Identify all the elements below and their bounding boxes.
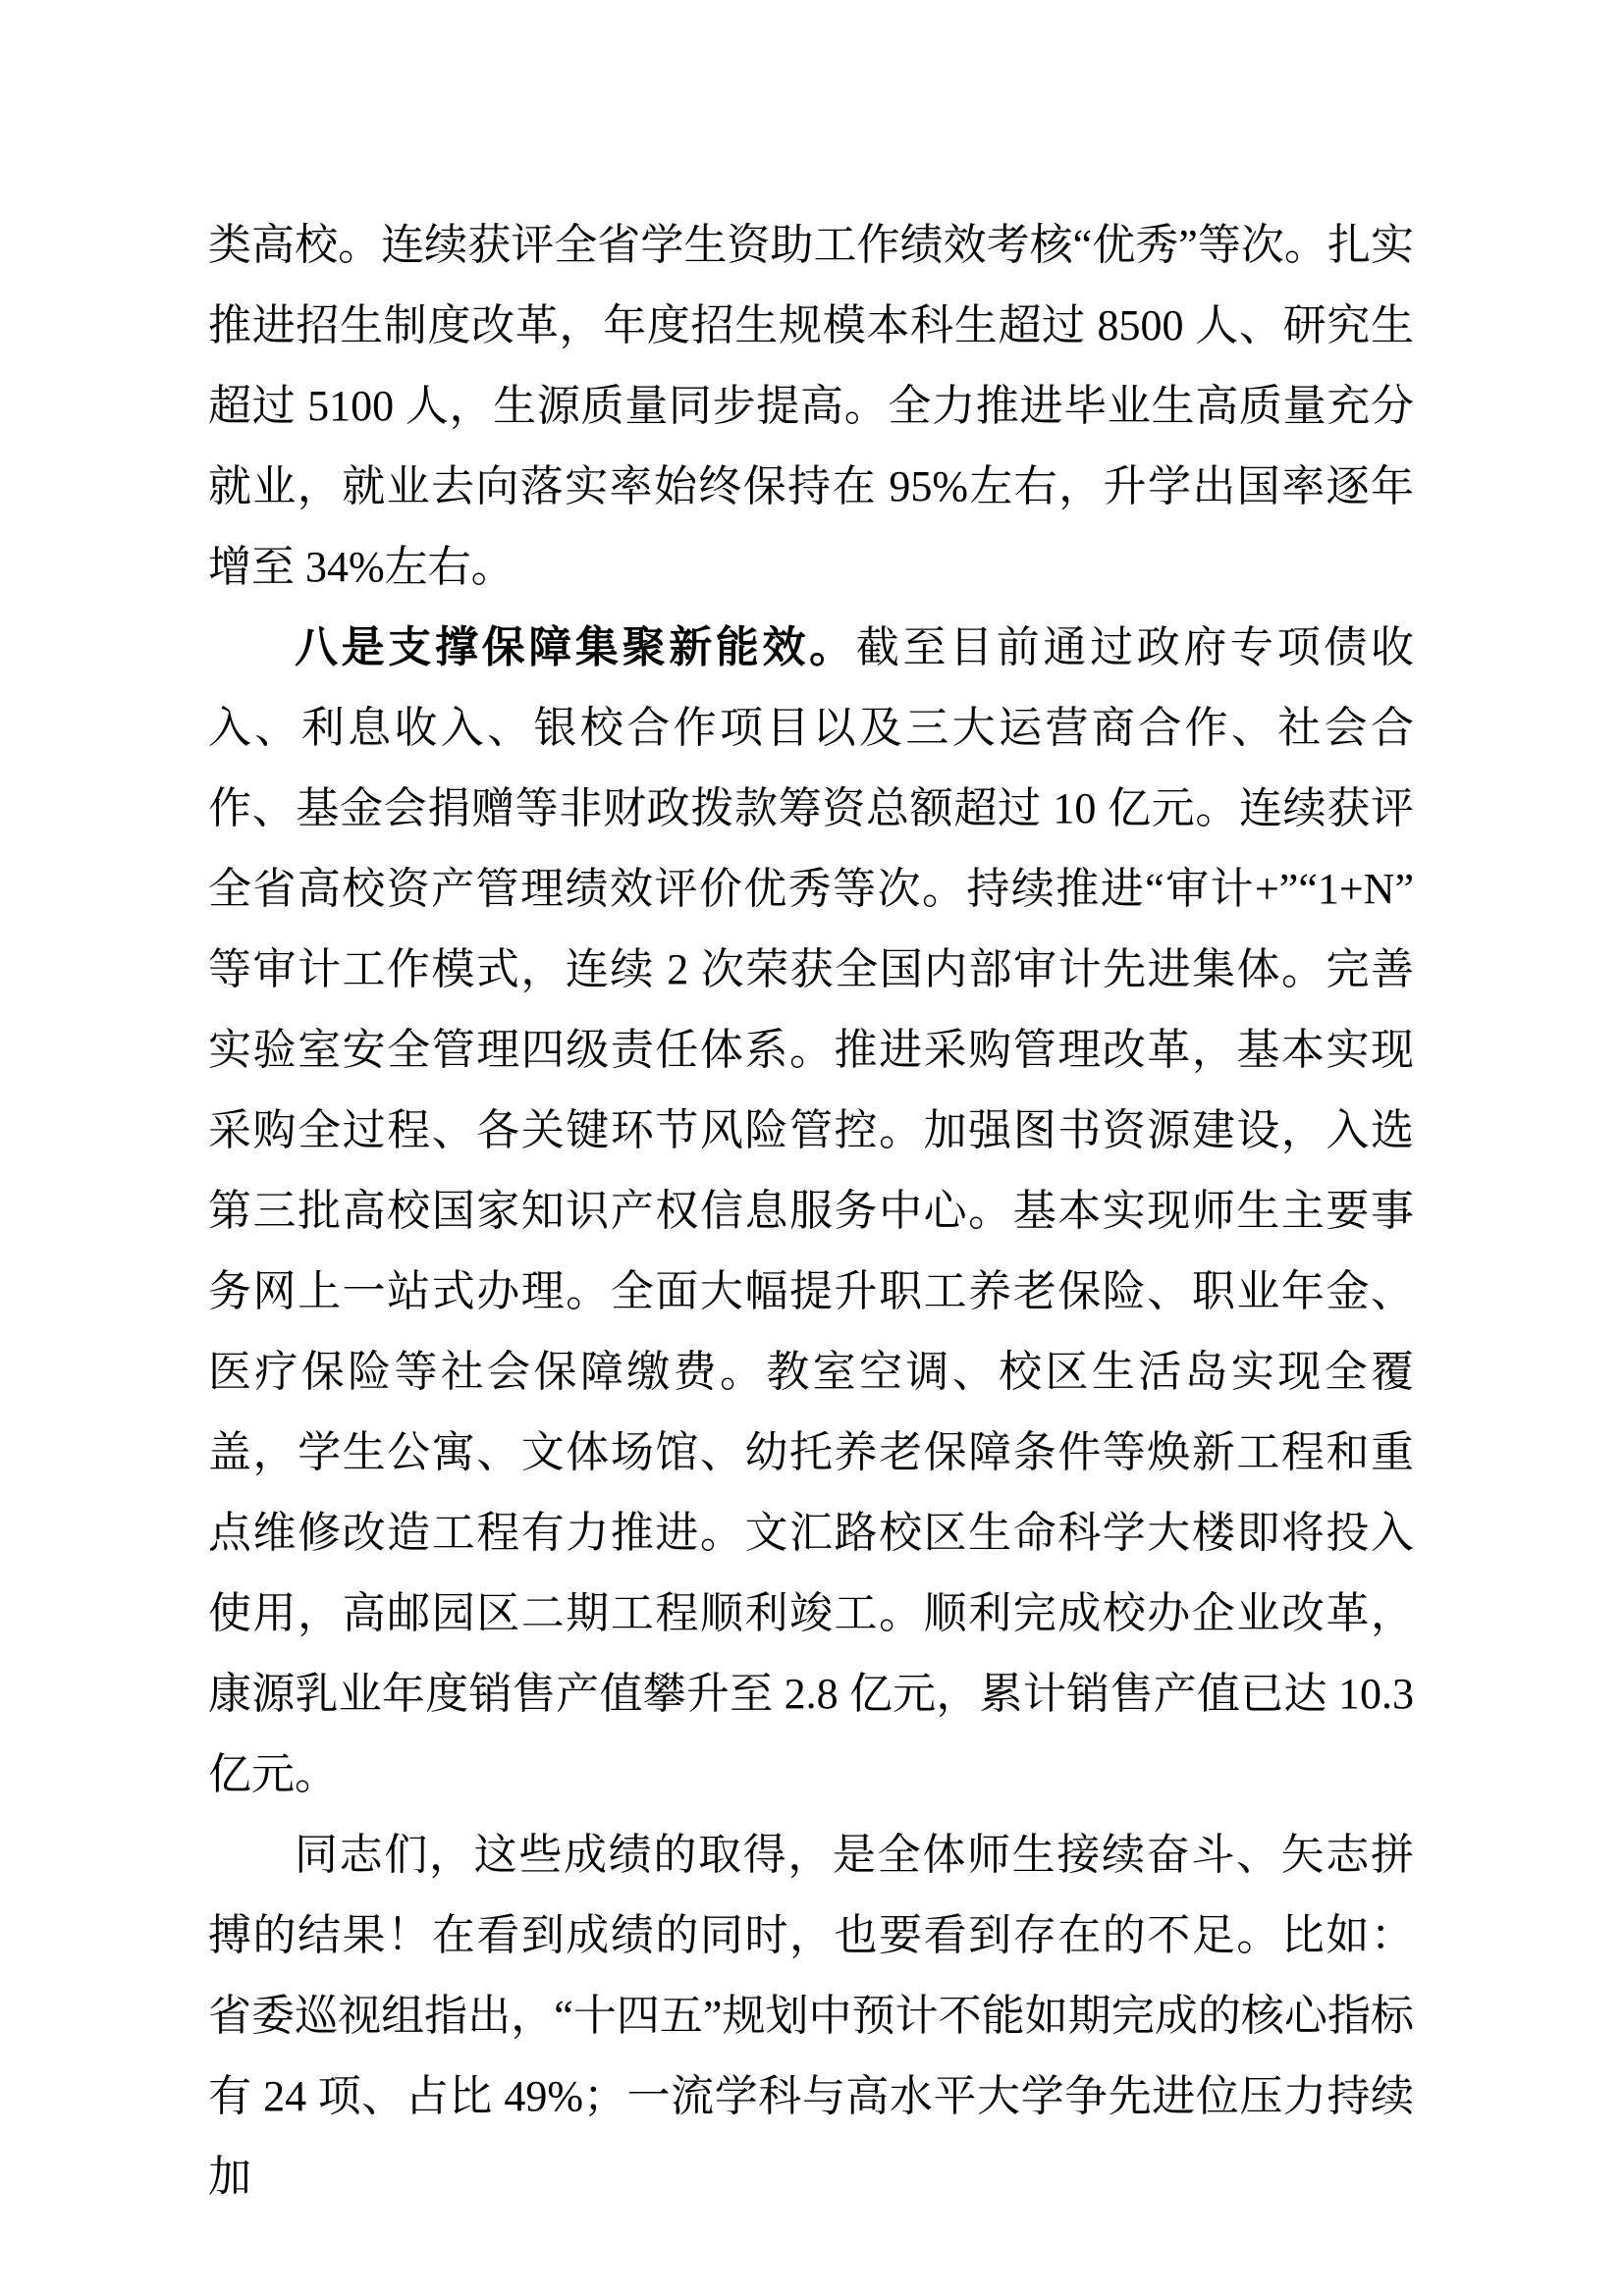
paragraph: 八是支撑保障集聚新能效。截至目前通过政府专项债收入、利息收入、银校合作项目以及三…	[208, 608, 1414, 1815]
document-body: 类高校。连续获评全省学生资助工作绩效考核“优秀”等次。扎实推进招生制度改革，年度…	[208, 205, 1414, 2217]
text-run: 同志们，这些成绩的取得，是全体师生接续奋斗、矢志拼搏的结果！在看到成绩的同时，也…	[208, 1831, 1414, 2201]
paragraph: 类高校。连续获评全省学生资助工作绩效考核“优秀”等次。扎实推进招生制度改革，年度…	[208, 205, 1414, 608]
text-run: 截至目前通过政府专项债收入、利息收入、银校合作项目以及三大运营商合作、社会合作、…	[208, 623, 1414, 1798]
text-run: 类高校。连续获评全省学生资助工作绩效考核“优秀”等次。扎实推进招生制度改革，年度…	[208, 221, 1414, 591]
paragraph: 同志们，这些成绩的取得，是全体师生接续奋斗、矢志拼搏的结果！在看到成绩的同时，也…	[208, 1815, 1414, 2217]
document-page: 类高校。连续获评全省学生资助工作绩效考核“优秀”等次。扎实推进招生制度改革，年度…	[0, 0, 1624, 2296]
emphasis-run: 八是支撑保障集聚新能效。	[295, 623, 856, 671]
